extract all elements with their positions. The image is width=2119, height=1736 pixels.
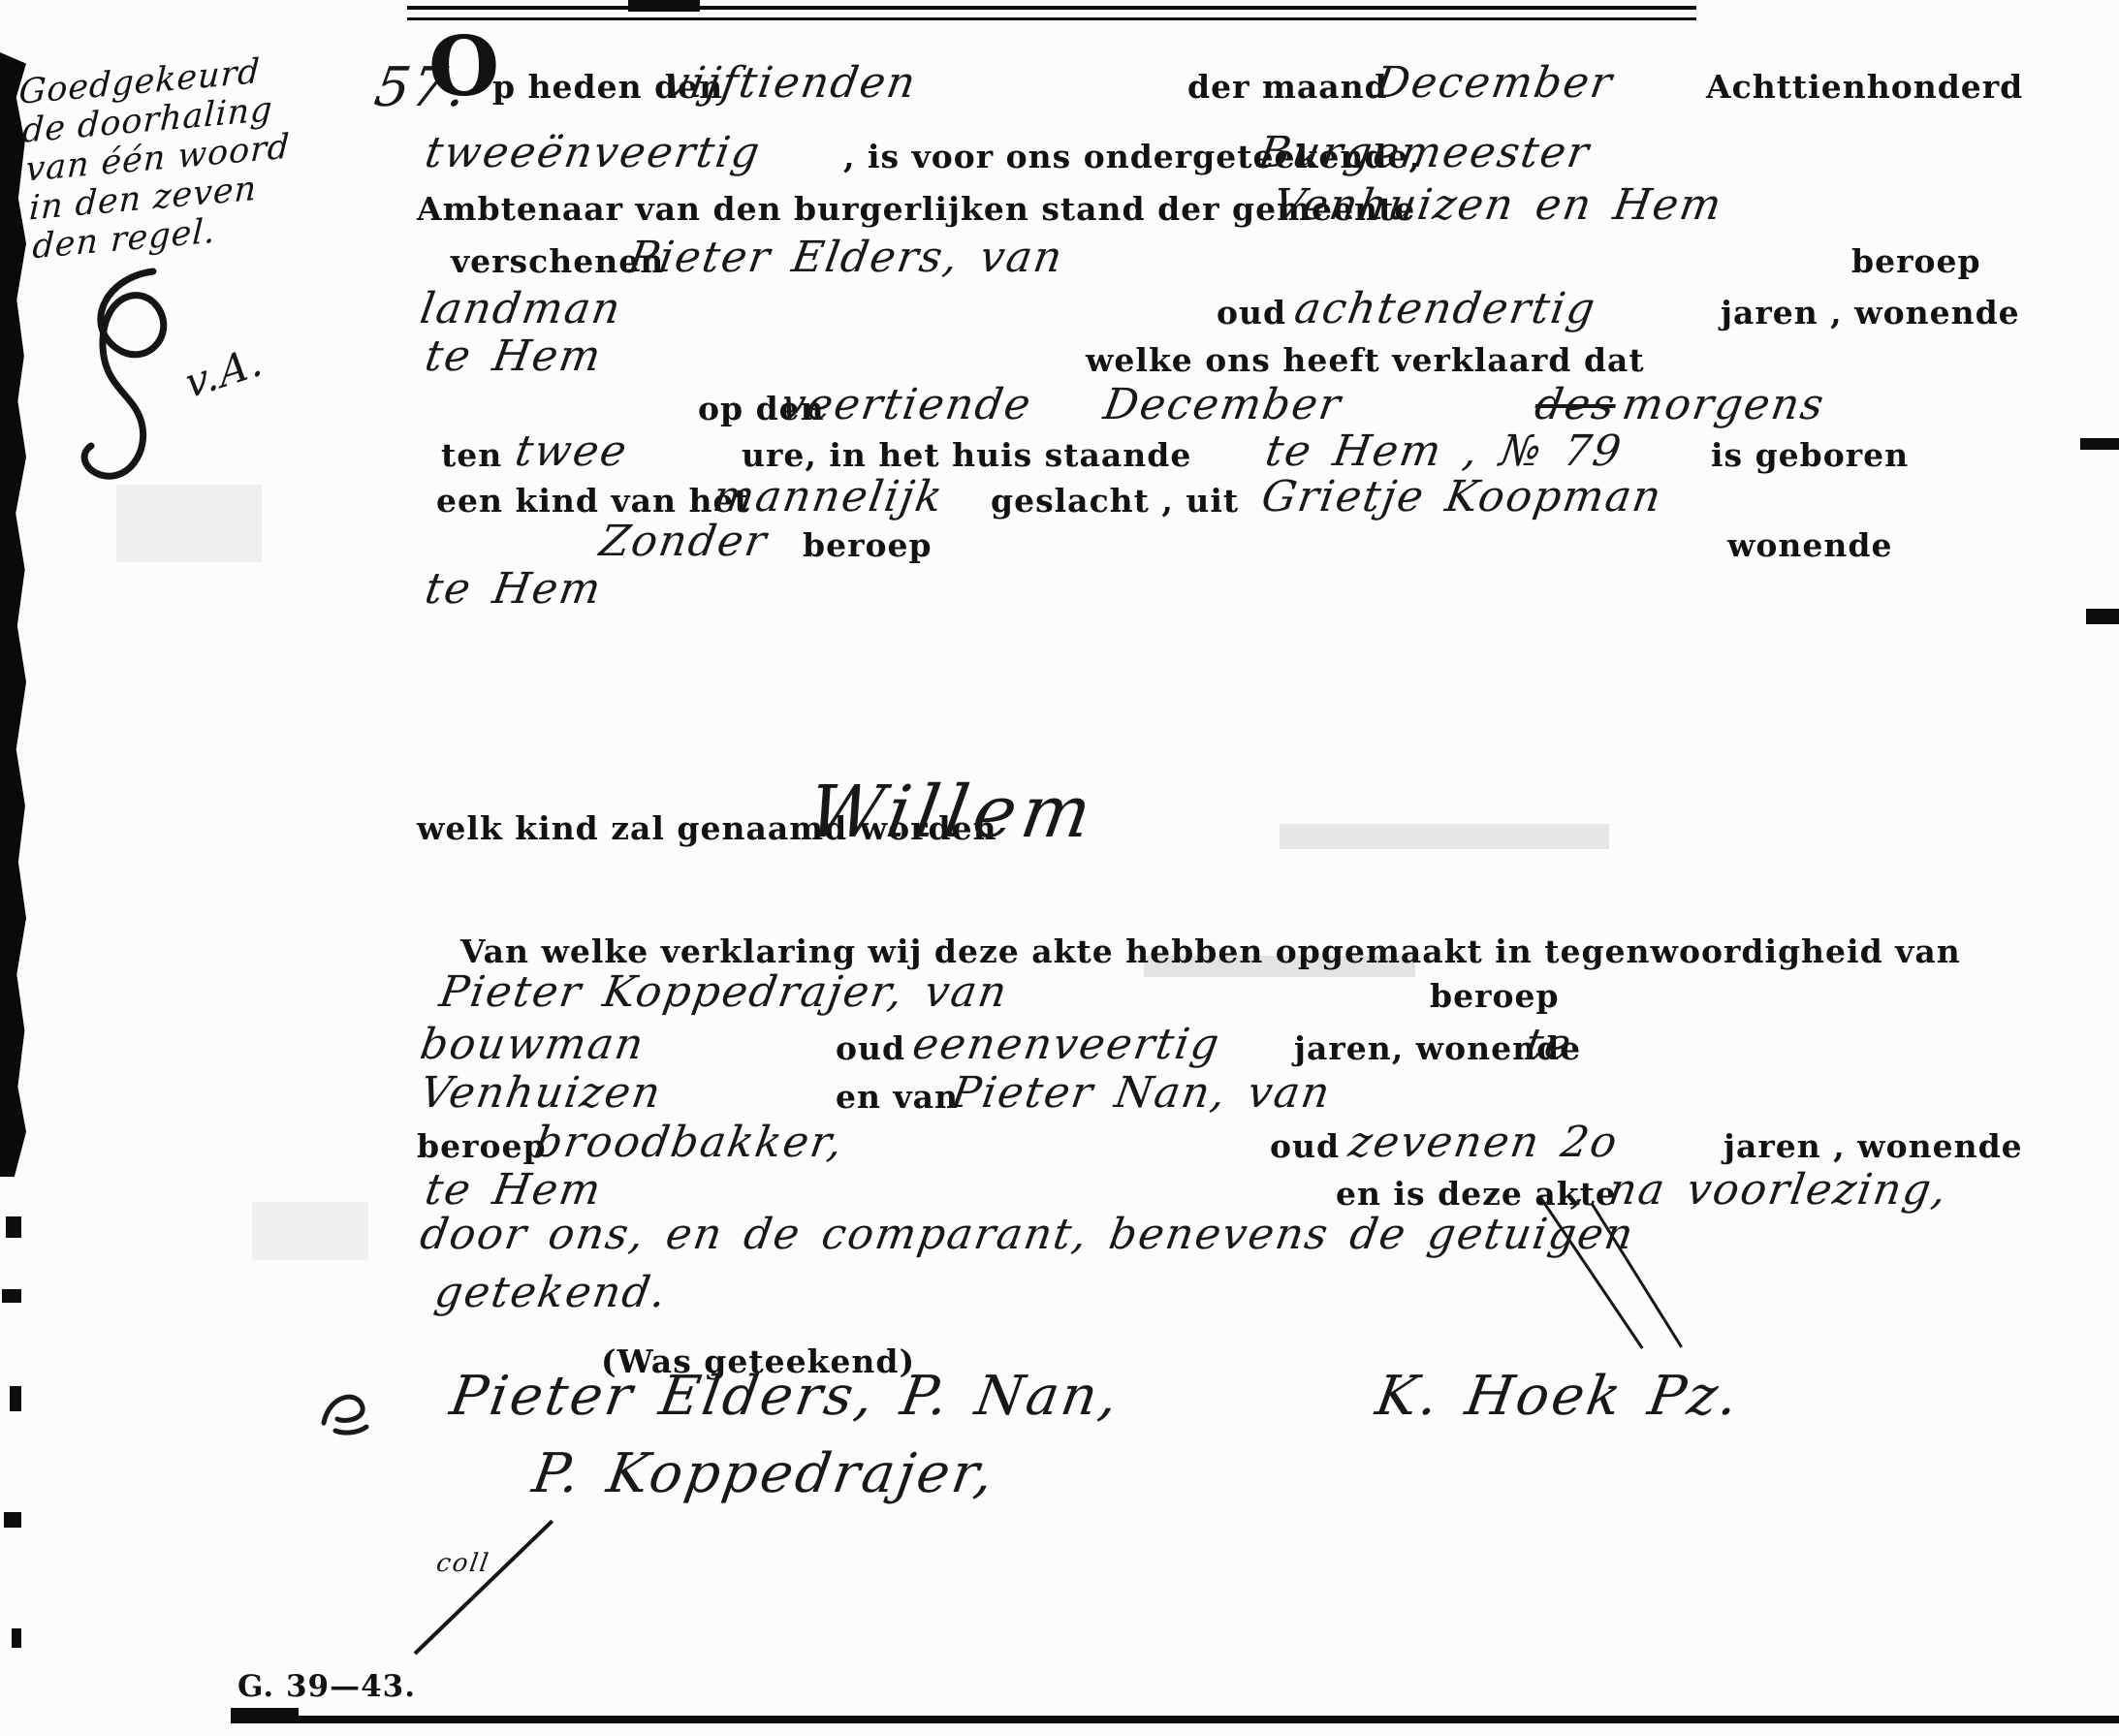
body-line-1: O p heden den vijftienden der maand Dece… — [417, 68, 2055, 128]
signature-witness-koppedrajer: P. Koppedrajer, — [528, 1442, 1000, 1505]
written-month: December — [1372, 58, 1617, 108]
body-line-14: Pieter Koppedrajer, van beroep — [417, 977, 2055, 1037]
scan-right-mark — [2086, 609, 2119, 624]
written-birth-month: December — [1100, 380, 1345, 429]
printed-ure-huis: ure, in het huis staande — [742, 436, 1191, 474]
printed-beroep: beroep — [417, 1127, 547, 1165]
printed-jaren-wonende: jaren , wonende — [1721, 294, 2020, 331]
scan-speck — [2, 1289, 21, 1303]
signature-registrar: K. Hoek Pz. — [1372, 1365, 1745, 1428]
printed-beroep: beroep — [803, 526, 933, 564]
written-declarant-age: achtendertig — [1291, 284, 1600, 333]
written-birth-day: veertiende — [777, 380, 1035, 429]
scan-top-mark — [628, 0, 700, 12]
scan-speck — [4, 1512, 21, 1528]
written-morgens: morgens — [1619, 380, 1828, 429]
written-year: tweeënveertig — [422, 128, 765, 177]
written-witness1-age: eenenveertig — [909, 1020, 1224, 1069]
signature-row-2: P. Koppedrajer, — [417, 1452, 2055, 1539]
written-witness2-age: zevenen 2o — [1345, 1118, 1622, 1167]
written-getekend: getekend. — [431, 1268, 671, 1317]
written-na-voorlezing: , na voorlezing, — [1568, 1165, 1951, 1215]
written-declarant-residence: te Hem — [422, 331, 606, 381]
printed-initial-capital: O — [428, 43, 500, 91]
written-declarant-occupation: landman — [417, 284, 625, 333]
printed-en-van: en van — [836, 1078, 959, 1116]
scan-left-edge — [0, 52, 26, 1177]
body-line-20: getekend. — [417, 1278, 2055, 1338]
written-door-ons-comparant: door ons, en de comparant, benevens de g… — [417, 1210, 1638, 1259]
body-line-2: tweeënveertig , is voor ons ondergeteeke… — [417, 138, 2055, 198]
printed-oud: oud — [1217, 294, 1286, 331]
collation-mark: coll — [434, 1549, 492, 1578]
scan-bottom-rule — [231, 1716, 2119, 1723]
written-witness1-name: Pieter Koppedrajer, van — [436, 967, 1012, 1017]
printed-wonende: wonende — [1727, 526, 1892, 564]
written-witness1-residence: Venhuizen — [417, 1068, 665, 1118]
printed-oud: oud — [1270, 1127, 1340, 1165]
printed-van-welke-verklaring: Van welke verklaring wij deze akte hebbe… — [460, 932, 1961, 970]
printed-geslacht-uit: geslacht , uit — [991, 482, 1239, 520]
printed-een-kind: een kind van het — [436, 482, 750, 520]
scan-speck — [12, 1628, 21, 1648]
scan-speck — [6, 1216, 21, 1238]
written-mother-occupation: Zonder — [596, 517, 772, 566]
written-mother-residence: te Hem — [422, 564, 606, 614]
top-double-rule — [407, 6, 1696, 20]
written-te: te — [1522, 1020, 1576, 1069]
printed-achttienhonderd: Achttienhonderd — [1706, 68, 2023, 106]
printed-oud: oud — [836, 1029, 905, 1067]
printed-is-geboren: is geboren — [1711, 436, 1909, 474]
scan-speck — [10, 1386, 21, 1411]
form-code: G. 39—43. — [237, 1669, 416, 1704]
printed-beroep: beroep — [1851, 242, 1981, 280]
written-mother-name: Grietje Koopman — [1258, 472, 1666, 521]
printed-beroep: beroep — [1430, 977, 1560, 1015]
written-witness1-occupation: bouwman — [417, 1020, 648, 1069]
printed-welke-verklaard: welke ons heeft verklaard dat — [1086, 341, 1645, 379]
written-declarant-name: Pieter Elders, van — [625, 233, 1067, 282]
body-line-12: welk kind zal genaamd worden Willem — [417, 809, 2055, 869]
printed-der-maand: der maand — [1187, 68, 1388, 106]
birth-certificate-scan: Goedgekeurd de doorhaling van één woord … — [0, 0, 2119, 1736]
registrar-paraph — [64, 264, 200, 506]
signature-declarant-and-witness: Pieter Elders, P. Nan, — [446, 1365, 1124, 1428]
printed-jaren-wonende: jaren , wonende — [1724, 1127, 2023, 1165]
written-witness2-name: Pieter Nan, van — [948, 1068, 1335, 1118]
written-struck-word: des — [1532, 380, 1620, 429]
written-witness2-residence: te Hem — [422, 1165, 606, 1215]
written-birth-address: te Hem , № 79 — [1262, 426, 1626, 476]
faint-smudge — [252, 1202, 368, 1260]
written-official-title: Burgemeester — [1255, 128, 1594, 177]
written-child-name: Willem — [803, 771, 1102, 854]
written-municipality: Venhuizen en Hem — [1270, 180, 1726, 230]
body-line-11: te Hem — [417, 574, 2055, 634]
printed-ten: ten — [441, 436, 502, 474]
scan-right-mark — [2080, 438, 2119, 450]
margin-approval-note: Goedgekeurd de doorhaling van één woord … — [17, 47, 333, 267]
written-hour: twee — [512, 426, 631, 476]
stray-ink-curl — [316, 1380, 374, 1448]
written-day: vijftienden — [661, 58, 921, 108]
written-witness2-occupation: broodbakker, — [531, 1118, 847, 1167]
scan-bottom-blob — [231, 1708, 299, 1723]
stray-ink-line — [414, 1520, 553, 1656]
written-gender: mannelijk — [710, 472, 947, 521]
printed-ambtenaar-gemeente: Ambtenaar van den burgerlijken stand der… — [417, 190, 1415, 228]
